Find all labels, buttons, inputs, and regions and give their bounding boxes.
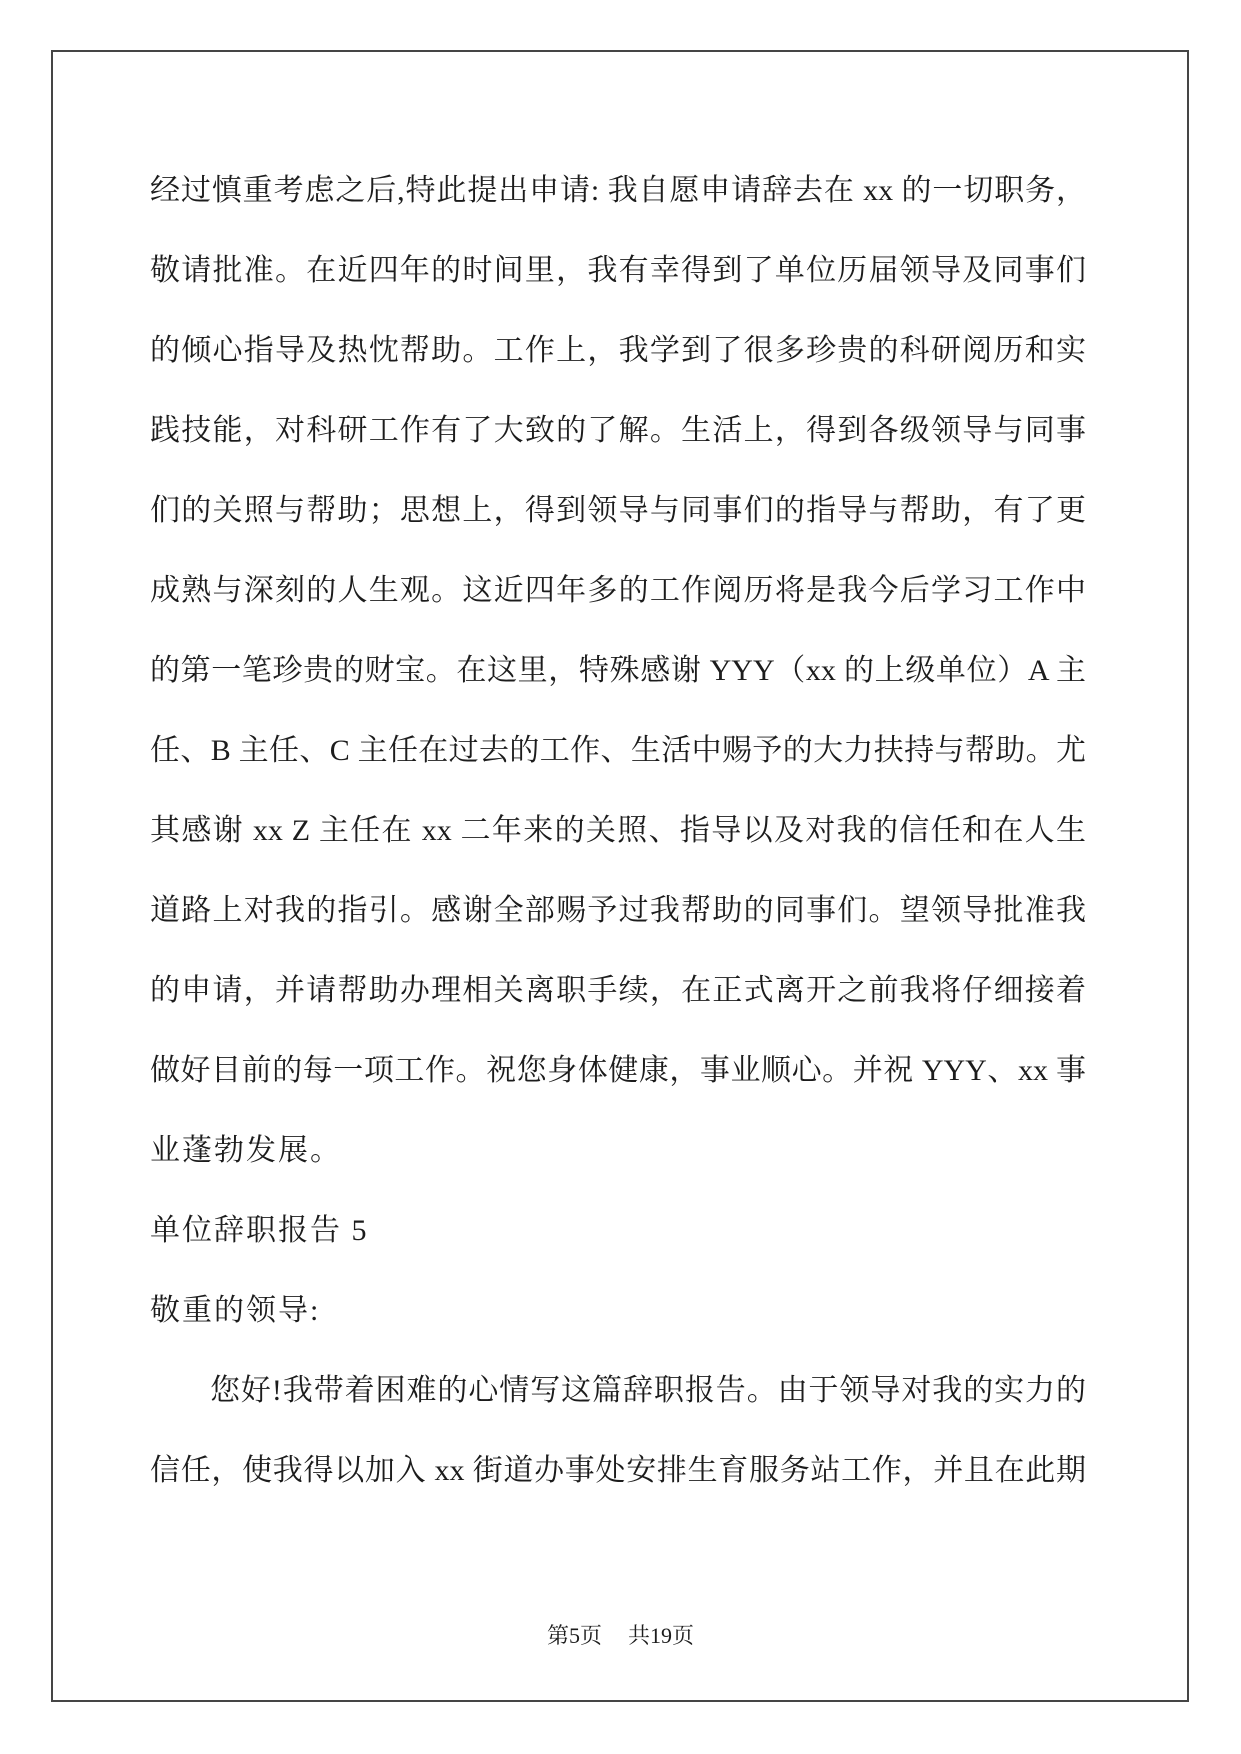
text-line: 的倾心指导及热忱帮助。工作上，我学到了很多珍贵的科研阅历和实: [150, 311, 1086, 391]
text-line: 成熟与深刻的人生观。这近四年多的工作阅历将是我今后学习工作中: [150, 551, 1086, 631]
text-line: 做好目前的每一项工作。祝您身体健康，事业顺心。并祝 YYY、xx 事: [150, 1031, 1086, 1111]
salutation-line: 敬重的领导:: [150, 1271, 1086, 1351]
text-line: 任、B 主任、C 主任在过去的工作、生活中赐予的大力扶持与帮助。尤: [150, 711, 1086, 791]
page-number: 第5页: [547, 1623, 602, 1648]
text-line: 信任，使我得以加入 xx 街道办事处安排生育服务站工作，并且在此期: [150, 1431, 1086, 1511]
document-page: 经过慎重考虑之后,特此提出申请: 我自愿申请辞去在 xx 的一切职务， 敬请批准…: [0, 0, 1241, 1754]
text-line: 经过慎重考虑之后,特此提出申请: 我自愿申请辞去在 xx 的一切职务，: [150, 151, 1086, 231]
text-line: 敬请批准。在近四年的时间里，我有幸得到了单位历届领导及同事们: [150, 231, 1086, 311]
text-line: 践技能，对科研工作有了大致的了解。生活上，得到各级领导与同事: [150, 391, 1086, 471]
section-heading: 单位辞职报告 5: [150, 1191, 1086, 1271]
text-line: 的申请，并请帮助办理相关离职手续，在正式离开之前我将仔细接着: [150, 951, 1086, 1031]
text-line: 道路上对我的指引。感谢全部赐予过我帮助的同事们。望领导批准我: [150, 871, 1086, 951]
text-line: 其感谢 xx Z 主任在 xx 二年来的关照、指导以及对我的信任和在人生: [150, 791, 1086, 871]
document-body: 经过慎重考虑之后,特此提出申请: 我自愿申请辞去在 xx 的一切职务， 敬请批准…: [150, 151, 1086, 1511]
text-line: 们的关照与帮助；思想上，得到领导与同事们的指导与帮助，有了更: [150, 471, 1086, 551]
total-pages: 共19页: [628, 1623, 694, 1648]
text-line: 您好!我带着困难的心情写这篇辞职报告。由于领导对我的实力的: [150, 1351, 1086, 1431]
page-footer: 第5页共19页: [0, 1620, 1241, 1652]
text-line: 的第一笔珍贵的财宝。在这里，特殊感谢 YYY（xx 的上级单位）A 主: [150, 631, 1086, 711]
text-line: 业蓬勃发展。: [150, 1111, 1086, 1191]
